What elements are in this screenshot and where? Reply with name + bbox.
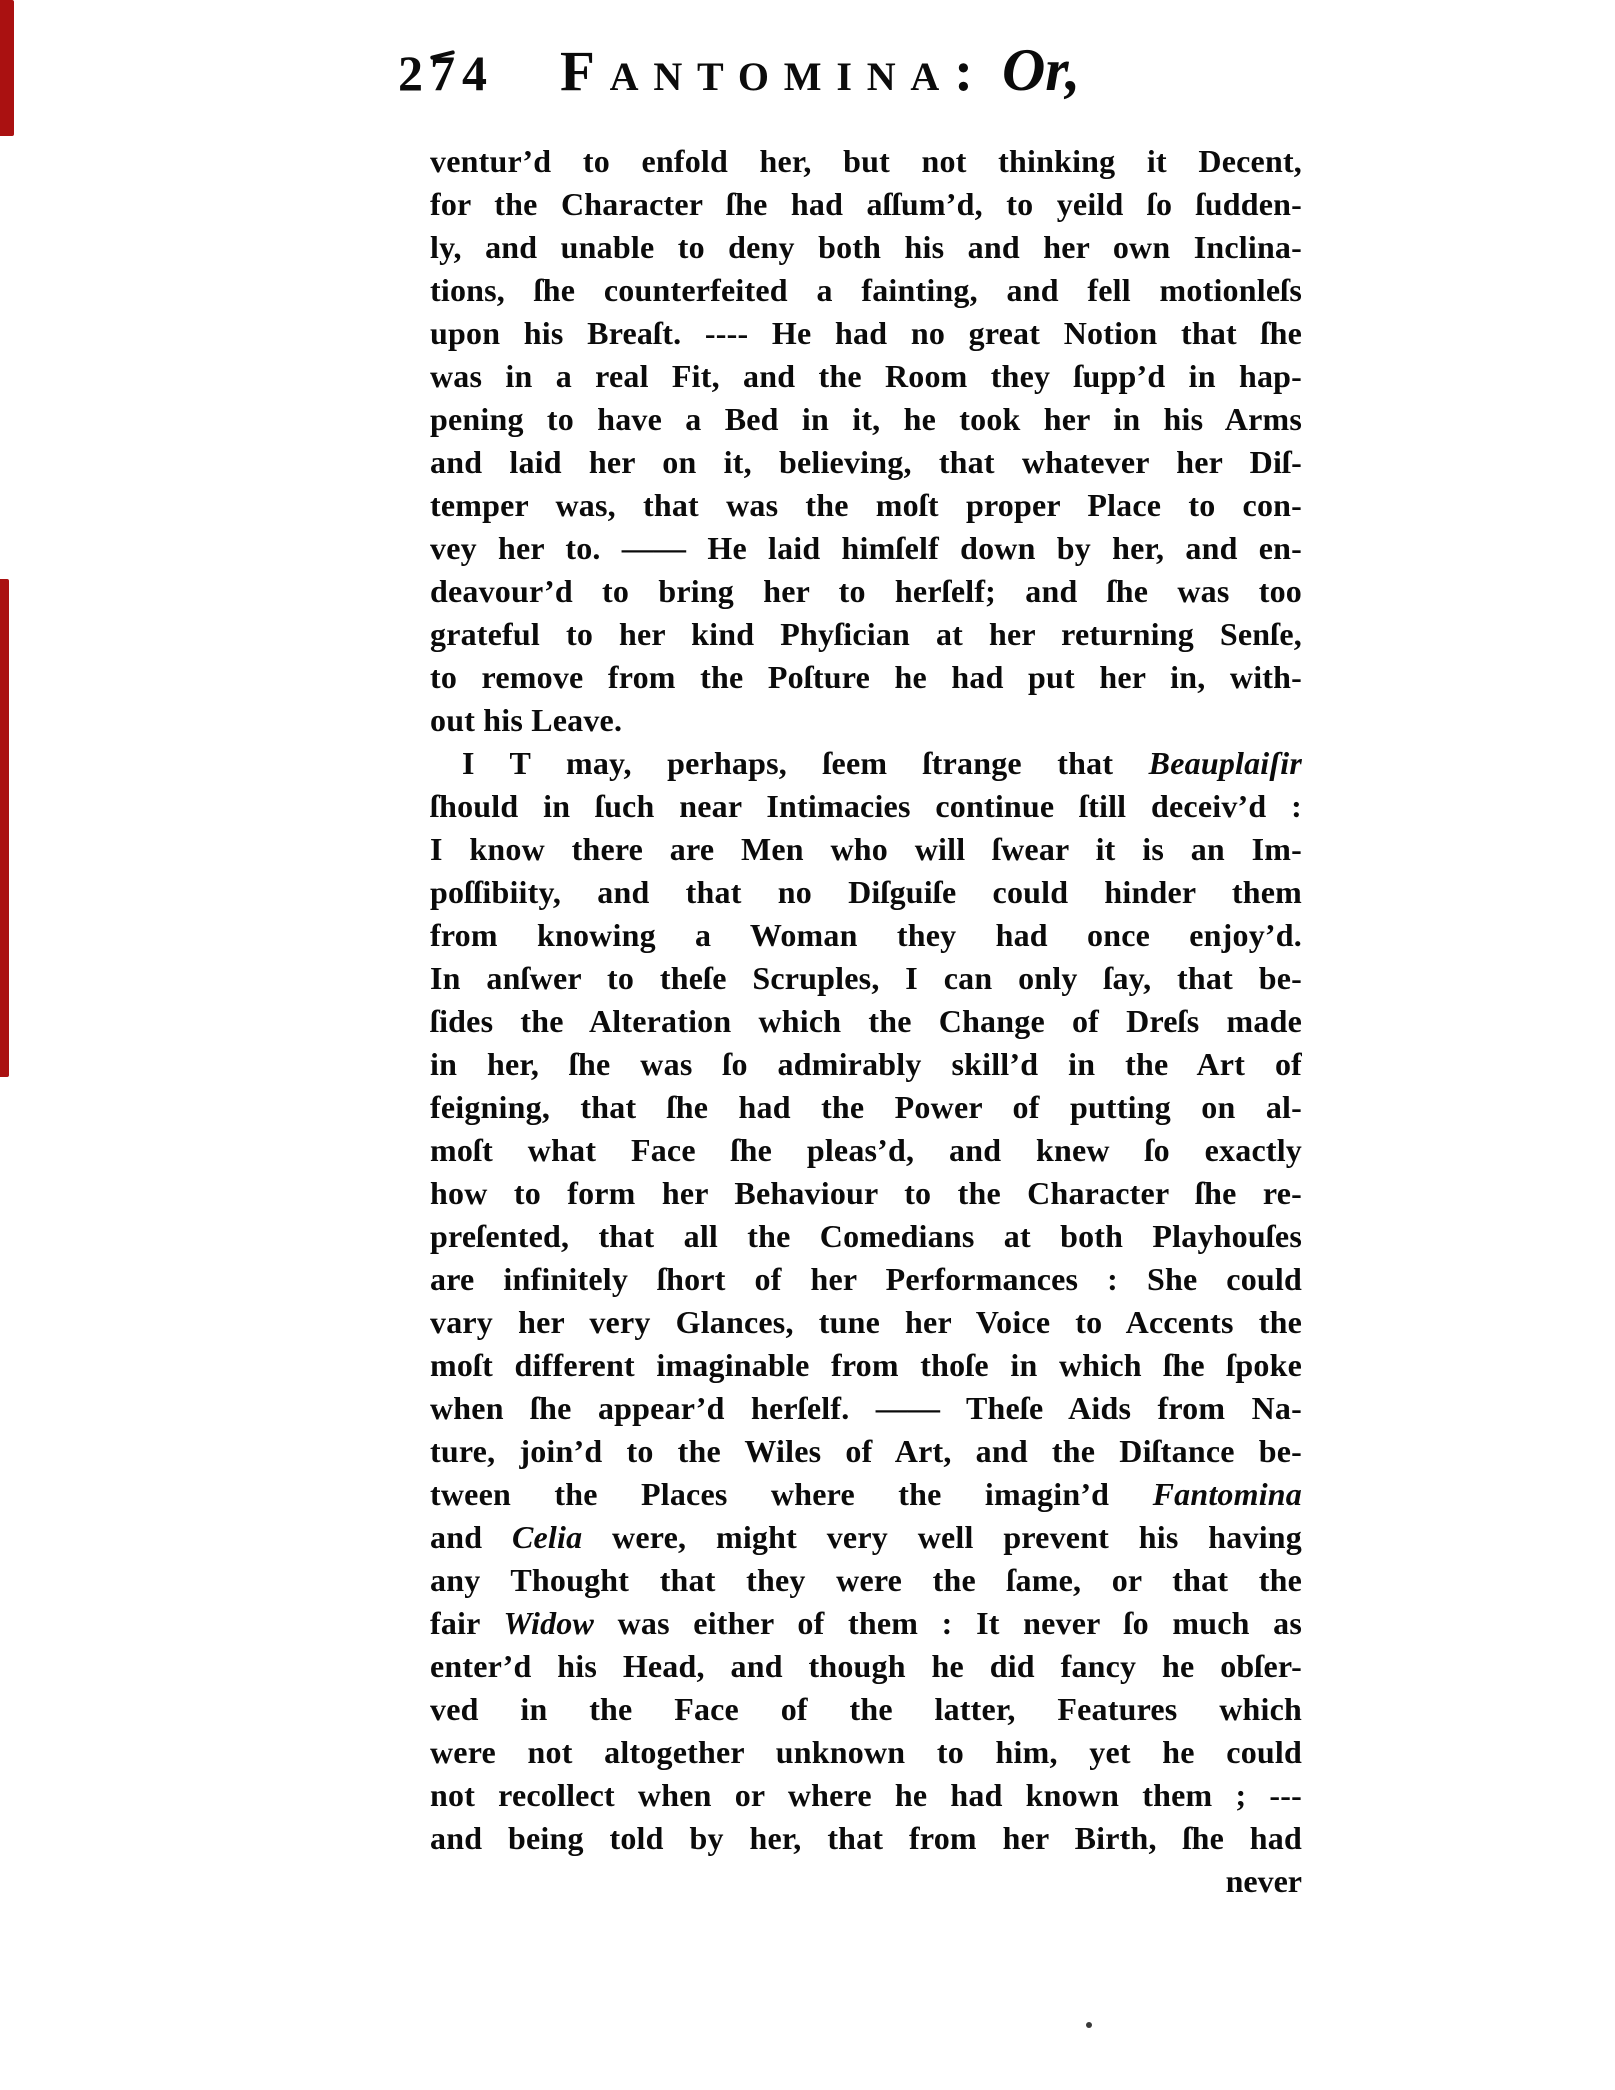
text-line: poſſibiity, and that no Diſguiſe could h… — [430, 871, 1302, 914]
title-subtitle-or: Or, — [1002, 36, 1080, 105]
text-line: tween the Places where the imagin’d Fant… — [430, 1473, 1302, 1516]
text-line: upon his Breaſt. ---- He had no great No… — [430, 312, 1302, 355]
text-line: deavour’d to bring her to herſelf; and ſ… — [430, 570, 1302, 613]
text-line: when ſhe appear’d herſelf. —— Theſe Aids… — [430, 1387, 1302, 1430]
text-line: I know there are Men who will ſwear it i… — [430, 828, 1302, 871]
book-page-scan: 274 Fantomina: Or, ventur’d to enfold he… — [0, 0, 1615, 2090]
text-line: fair Widow was either of them : It never… — [430, 1602, 1302, 1645]
page-header: 274 Fantomina: Or, — [398, 36, 1080, 105]
text-line: ly, and unable to deny both his and her … — [430, 226, 1302, 269]
ink-speck-bottom — [1086, 2022, 1092, 2028]
text-line: out his Leave. — [430, 699, 1302, 742]
catchword: never — [1226, 1863, 1302, 1899]
text-line: ventur’d to enfold her, but not thinking… — [430, 140, 1302, 183]
text-block: ventur’d to enfold her, but not thinking… — [430, 140, 1302, 1860]
text-line: ſhould in ſuch near Intimacies continue … — [430, 785, 1302, 828]
text-line: ved in the Face of the latter, Features … — [430, 1688, 1302, 1731]
catchword-row: never — [430, 1860, 1308, 1903]
text-line: was in a real Fit, and the Room they ſup… — [430, 355, 1302, 398]
text-line: any Thought that they were the ſame, or … — [430, 1559, 1302, 1602]
text-line: moſt different imaginable from thoſe in … — [430, 1344, 1302, 1387]
book-title: Fantomina: — [560, 39, 988, 104]
text-line: ture, join’d to the Wiles of Art, and th… — [430, 1430, 1302, 1473]
text-line: for the Character ſhe had aſſum’d, to ye… — [430, 183, 1302, 226]
text-line: ſides the Alteration which the Change of… — [430, 1000, 1302, 1043]
text-line: and Celia were, might very well prevent … — [430, 1516, 1302, 1559]
text-line: grateful to her kind Phyſician at her re… — [430, 613, 1302, 656]
text-line: not recollect when or where he had known… — [430, 1774, 1302, 1817]
text-line: from knowing a Woman they had once enjoy… — [430, 914, 1302, 957]
text-line: to remove from the Poſture he had put he… — [430, 656, 1302, 699]
text-line: enter’d his Head, and though he did fanc… — [430, 1645, 1302, 1688]
text-line: and being told by her, that from her Bir… — [430, 1817, 1302, 1860]
text-line: I T may, perhaps, ſeem ſtrange that Beau… — [430, 742, 1302, 785]
film-edge-mark-middle — [0, 579, 9, 1077]
text-line: In anſwer to theſe Scruples, I can only … — [430, 957, 1302, 1000]
text-line: feigning, that ſhe had the Power of putt… — [430, 1086, 1302, 1129]
text-line: preſented, that all the Comedians at bot… — [430, 1215, 1302, 1258]
text-line: were not altogether unknown to him, yet … — [430, 1731, 1302, 1774]
text-line: are infinitely ſhort of her Performances… — [430, 1258, 1302, 1301]
text-line: vary her very Glances, tune her Voice to… — [430, 1301, 1302, 1344]
page-number: 274 — [398, 44, 494, 102]
text-line: pening to have a Bed in it, he took her … — [430, 398, 1302, 441]
text-line: temper was, that was the moſt proper Pla… — [430, 484, 1302, 527]
text-line: tions, ſhe counterfeited a fainting, and… — [430, 269, 1302, 312]
text-line: moſt what Face ſhe pleas’d, and knew ſo … — [430, 1129, 1302, 1172]
text-line: vey her to. —— He laid himſelf down by h… — [430, 527, 1302, 570]
text-line: and laid her on it, believing, that what… — [430, 441, 1302, 484]
text-line: in her, ſhe was ſo admirably skill’d in … — [430, 1043, 1302, 1086]
film-edge-mark-top — [0, 0, 14, 136]
text-line: how to form her Behaviour to the Charact… — [430, 1172, 1302, 1215]
